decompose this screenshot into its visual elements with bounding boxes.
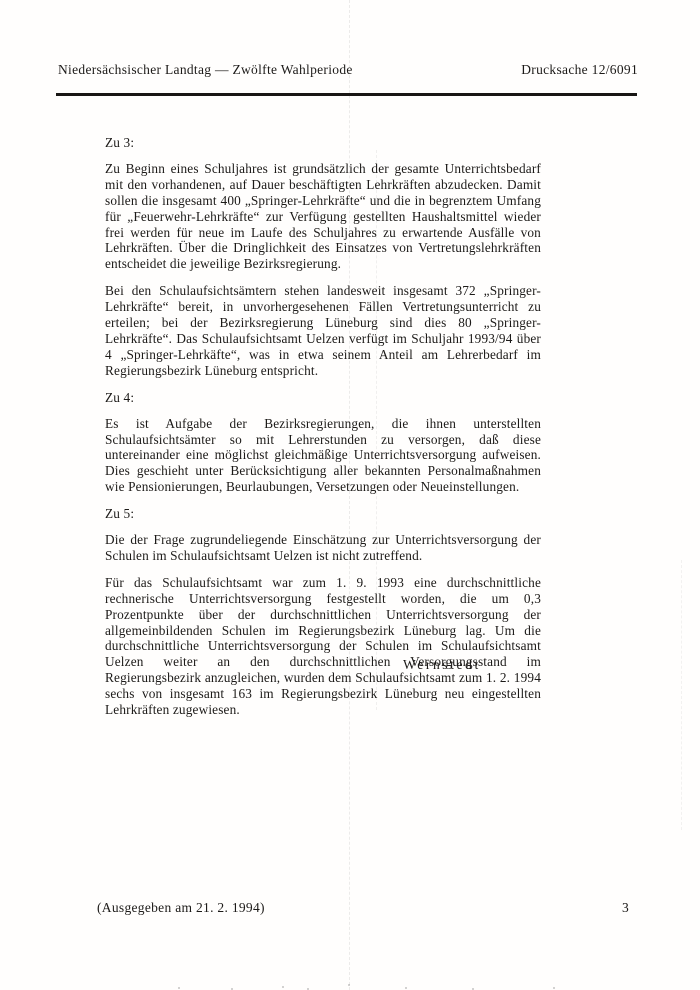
- section-heading-zu5: Zu 5:: [105, 506, 541, 522]
- scan-artifact: [178, 987, 180, 989]
- scan-artifact: [405, 987, 407, 989]
- paragraph: Bei den Schulaufsichtsämtern stehen land…: [105, 283, 541, 378]
- page-header: Niedersächsischer Landtag — Zwölfte Wahl…: [58, 62, 638, 78]
- document-body: Zu 3: Zu Beginn eines Schuljahres ist gr…: [105, 135, 541, 729]
- page-number: 3: [622, 900, 629, 916]
- footer-issued-date: (Ausgegeben am 21. 2. 1994): [97, 900, 265, 916]
- scan-artifact: [553, 987, 555, 989]
- scan-artifact: [282, 986, 284, 988]
- paragraph: Zu Beginn eines Schuljahres ist grundsät…: [105, 161, 541, 272]
- signature-name: Wernstedt: [403, 657, 481, 673]
- paragraph: Die der Frage zugrundeliegende Einschätz…: [105, 532, 541, 564]
- paragraph: Es ist Aufgabe der Bezirksregierungen, d…: [105, 416, 541, 496]
- paragraph: Für das Schulaufsichtsamt war zum 1. 9. …: [105, 575, 541, 718]
- header-document-number: Drucksache 12/6091: [521, 62, 638, 78]
- section-heading-zu3: Zu 3:: [105, 135, 541, 151]
- scan-artifact: [348, 984, 350, 986]
- scan-artifact: [681, 560, 682, 830]
- section-heading-zu4: Zu 4:: [105, 390, 541, 406]
- document-page: Niedersächsischer Landtag — Zwölfte Wahl…: [0, 0, 700, 990]
- header-publication-title: Niedersächsischer Landtag — Zwölfte Wahl…: [58, 62, 353, 78]
- header-rule: [56, 93, 637, 96]
